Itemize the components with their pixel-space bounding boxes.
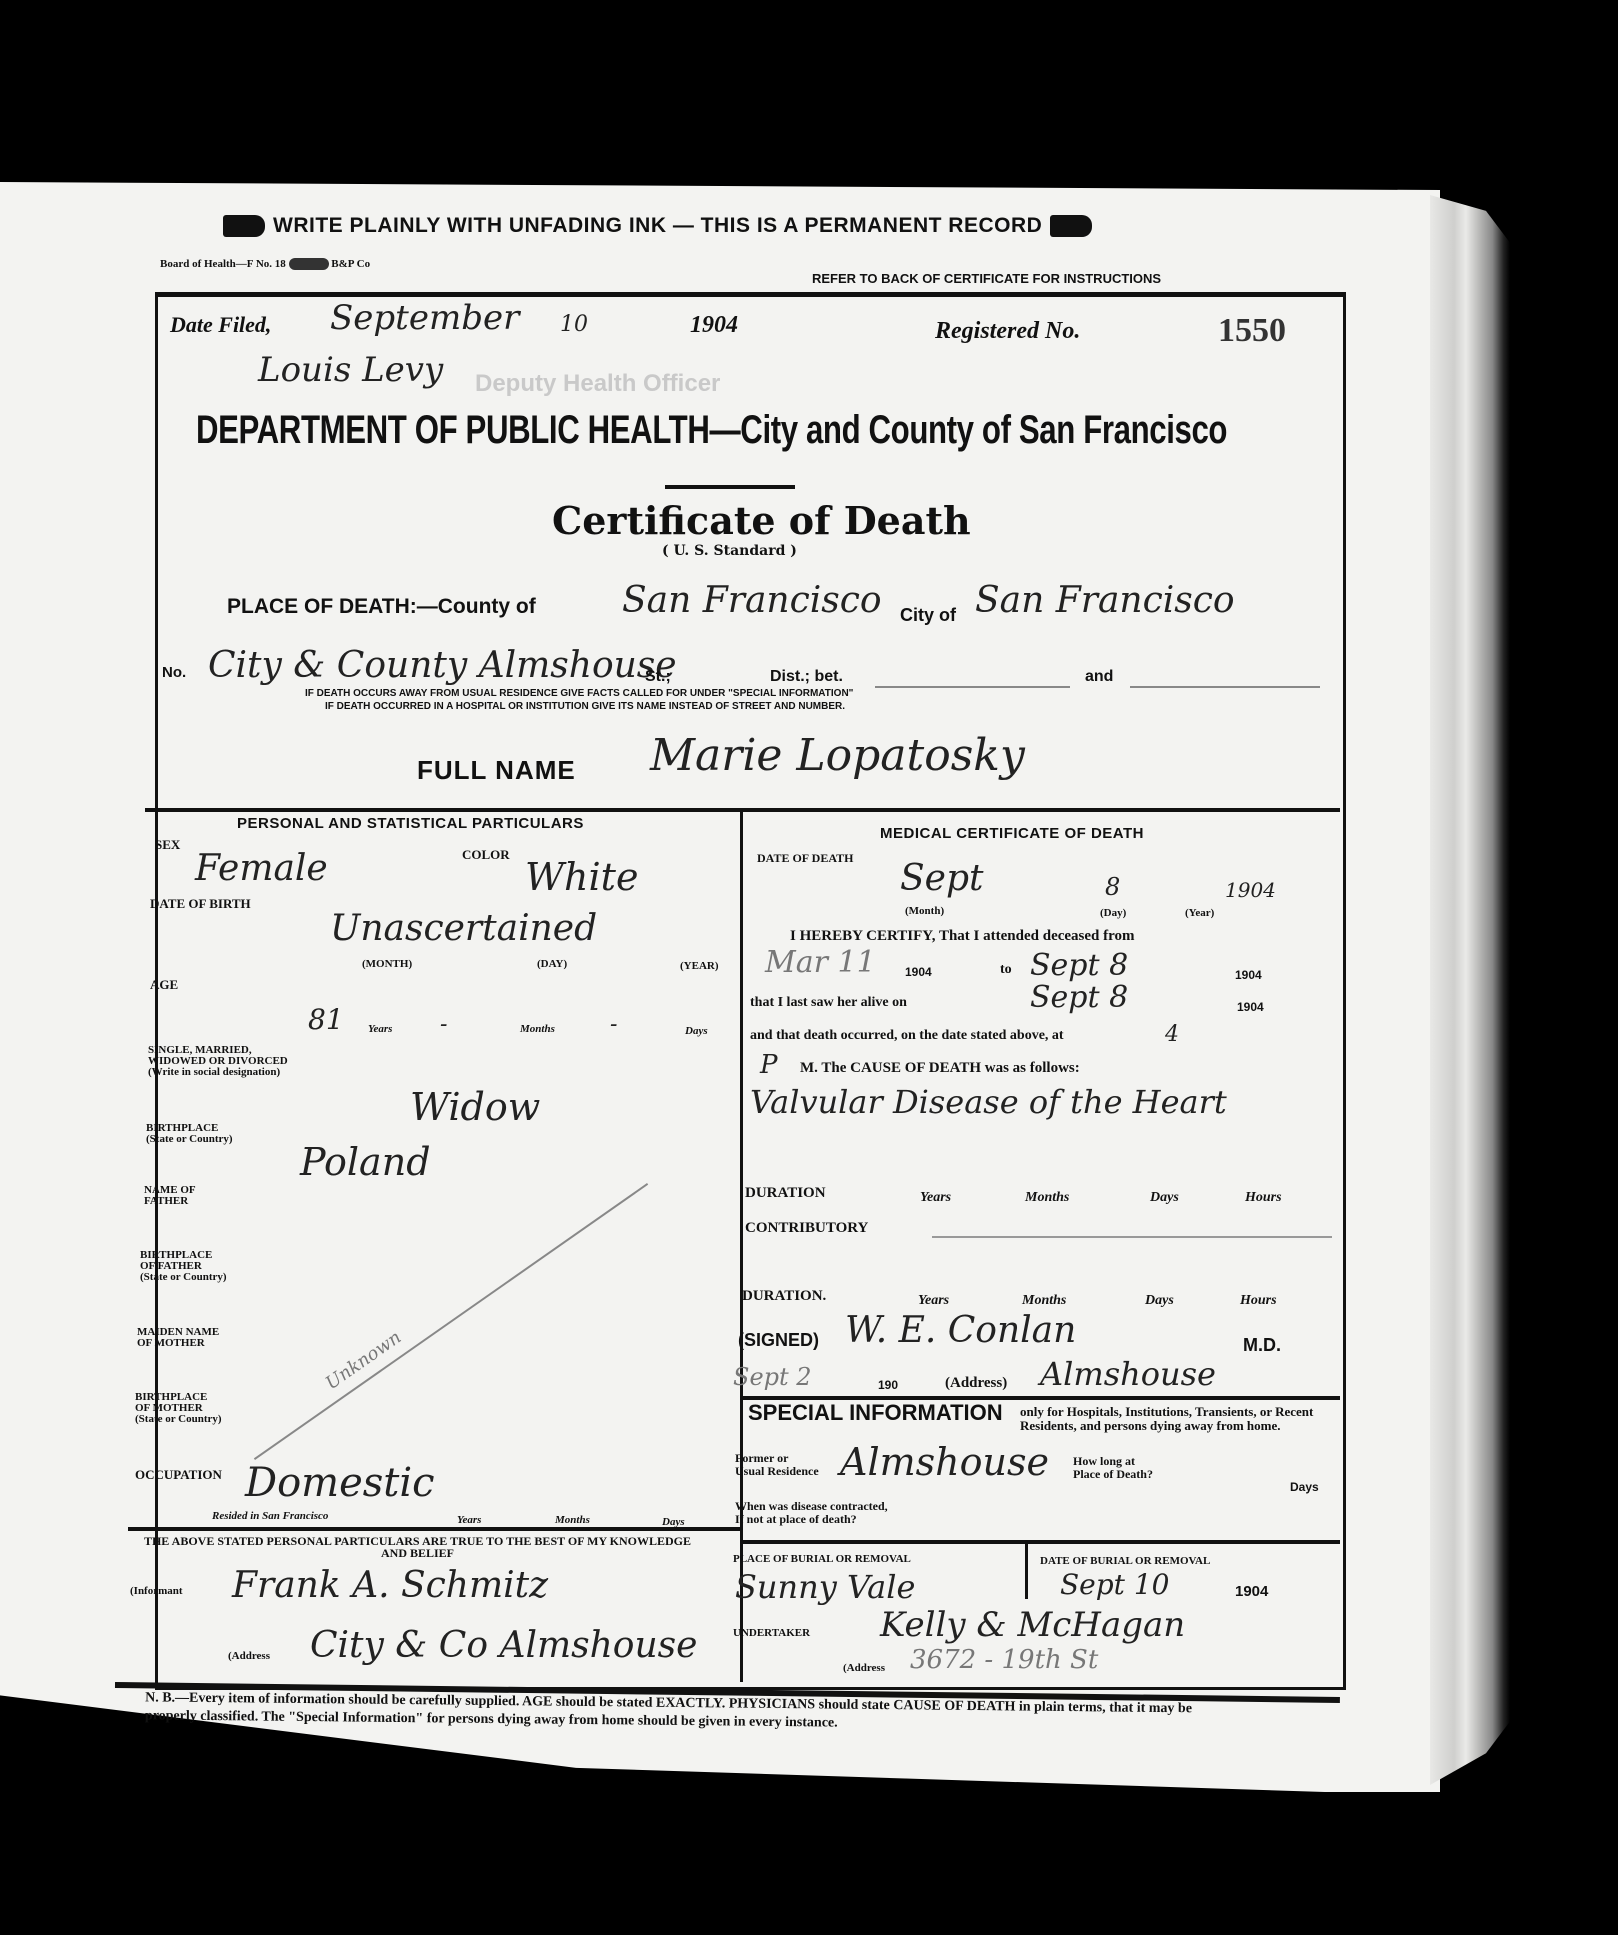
death-hour-value: 4 [1165, 1022, 1179, 1047]
duration2-label: DURATION. [742, 1290, 826, 1303]
medical-heading: MEDICAL CERTIFICATE OF DEATH [880, 825, 1144, 842]
county-value: San Francisco [622, 580, 882, 621]
mother-birthplace-label: BIRTHPLACEOF MOTHER(State or Country) [135, 1392, 222, 1425]
last-saw-year: 1904 [1237, 1000, 1264, 1014]
to-label: to [1000, 962, 1012, 978]
mother-maiden-name-label: MAIDEN NAMEOF MOTHER [137, 1327, 219, 1349]
age-months-value: - [440, 1012, 447, 1037]
contributory-line [932, 1236, 1332, 1238]
duration2-months-unit: Months [1022, 1293, 1066, 1309]
health-officer-title: Deputy Health Officer [475, 370, 720, 398]
sex-label: SEX [155, 838, 180, 851]
street-label: St.; [645, 668, 671, 686]
resided-label: Resided in San Francisco [212, 1510, 328, 1522]
form-id: Board of Health—F No. 18 B&P Co [160, 258, 370, 270]
former-residence-value: Almshouse [840, 1440, 1049, 1484]
sex-value: Female [195, 848, 328, 889]
attended-to-value: Sept 8 [1030, 948, 1128, 983]
and-label: and [1085, 668, 1113, 686]
place-of-death-label: PLACE OF DEATH:—County of [227, 595, 536, 619]
title-divider [665, 485, 795, 489]
attended-from-value: Mar 11 [765, 945, 876, 980]
occupation-value: Domestic [245, 1460, 435, 1506]
duration-years-unit: Years [920, 1190, 951, 1206]
duration-days-unit: Days [1150, 1190, 1179, 1206]
last-saw-value: Sept 8 [1030, 980, 1128, 1015]
health-officer-signature: Louis Levy [258, 350, 443, 390]
duration2-days-unit: Days [1145, 1293, 1174, 1309]
dob-day-unit: (Day) [537, 958, 567, 971]
permanent-record-banner: WRITE PLAINLY WITH UNFADING INK — THIS I… [215, 214, 1100, 238]
marital-value: Widow [410, 1085, 540, 1129]
cause-label: M. The CAUSE OF DEATH was as follows: [800, 1060, 1080, 1077]
resided-months-unit: Months [555, 1514, 590, 1526]
column-divider [740, 812, 743, 1682]
full-name-label: FULL NAME [417, 755, 576, 786]
age-months-unit: Months [520, 1023, 555, 1035]
full-name-value: Marie Lopatosky [650, 730, 1025, 781]
father-name-label: NAME OFFATHER [144, 1185, 196, 1207]
informant-address-value: City & Co Almshouse [310, 1625, 697, 1666]
informant-address-label: (Address [228, 1650, 270, 1663]
and-line [1130, 686, 1320, 688]
book-page-edges [1430, 195, 1510, 1785]
date-filed-year: 1904 [690, 312, 738, 339]
duration2-hours-unit: Hours [1240, 1293, 1277, 1309]
color-value: White [525, 855, 638, 899]
age-days-unit: Days [685, 1025, 708, 1037]
registered-no-label: Registered No. [935, 318, 1080, 345]
pointing-hand-icon [1050, 215, 1092, 237]
cause-of-death-value: Valvular Disease of the Heart [750, 1083, 1227, 1121]
meridiem-value: P [760, 1050, 778, 1080]
marital-label: SINGLE, MARRIED,WIDOWED OR DIVORCED(Writ… [148, 1045, 288, 1078]
undertaker-label: UNDERTAKER [733, 1627, 810, 1640]
physician-address-value: Almshouse [1040, 1355, 1216, 1393]
date-filed-day: 10 [560, 312, 588, 337]
color-label: COLOR [462, 848, 510, 861]
attended-from-year: 1904 [905, 965, 932, 979]
death-day-value: 8 [1105, 873, 1120, 901]
father-birthplace-label: BIRTHPLACEOF FATHER(State or Country) [140, 1250, 227, 1283]
certificate-subtitle: ( U. S. Standard ) [662, 543, 797, 559]
special-heading-note: only for Hospitals, Institutions, Transi… [1020, 1405, 1335, 1433]
birthplace-label: BIRTHPLACE(State or Country) [146, 1123, 233, 1145]
contributory-label: CONTRIBUTORY [745, 1222, 868, 1235]
personal-heading: PERSONAL AND STATISTICAL PARTICULARS [237, 815, 584, 832]
burial-place-value: Sunny Vale [735, 1568, 915, 1606]
registered-number: 1550 [1218, 312, 1286, 350]
dob-year-unit: (Year) [680, 960, 719, 973]
attended-to-year: 1904 [1235, 968, 1262, 982]
birthplace-value: Poland [300, 1140, 431, 1184]
institution-note: IF DEATH OCCURRED IN A HOSPITAL OR INSTI… [325, 701, 845, 712]
certificate-title: Certificate of Death [552, 498, 971, 543]
burial-column-divider [1025, 1544, 1028, 1599]
undertaker-address-label: (Address [843, 1662, 885, 1675]
signed-label: (SIGNED) [738, 1330, 819, 1351]
md-label: M.D. [1243, 1335, 1281, 1356]
death-year-value: 1904 [1225, 878, 1276, 902]
usual-residence-note: IF DEATH OCCURS AWAY FROM USUAL RESIDENC… [305, 688, 853, 699]
duration-label: DURATION [745, 1187, 826, 1200]
how-long-label: How long atPlace of Death? [1073, 1455, 1153, 1481]
district-label: Dist.; bet. [770, 668, 843, 686]
undertaker-address-value: 3672 - 19th St [910, 1645, 1098, 1675]
special-heading: SPECIAL INFORMATION [748, 1400, 1003, 1426]
death-month-value: Sept [900, 858, 983, 899]
duration-hours-unit: Hours [1245, 1190, 1282, 1206]
death-occurred-text: and that death occurred, on the date sta… [750, 1028, 1064, 1044]
undertaker-value: Kelly & McHagan [880, 1605, 1185, 1645]
occupation-label: OCCUPATION [135, 1468, 222, 1481]
date-filed-month: September [330, 298, 519, 338]
institution-value: City & County Almshouse [208, 645, 677, 686]
dob-month-unit: (Month) [362, 958, 412, 971]
last-saw-text: that I last saw her alive on [750, 995, 907, 1011]
dob-label: DATE OF BIRTH [150, 897, 251, 910]
city-label: City of [900, 605, 956, 626]
age-label: AGE [150, 978, 178, 991]
age-years-unit: Years [368, 1023, 392, 1035]
duration-months-unit: Months [1025, 1190, 1069, 1206]
age-days-value: - [610, 1012, 617, 1037]
resided-years-unit: Years [457, 1514, 481, 1526]
instructions-reference: REFER TO BACK OF CERTIFICATE FOR INSTRUC… [812, 271, 1161, 286]
informant-divider [128, 1527, 740, 1531]
physician-signature: W. E. Conlan [845, 1310, 1076, 1351]
death-month-unit: (Month) [905, 905, 944, 918]
city-value: San Francisco [975, 580, 1235, 621]
informant-value: Frank A. Schmitz [232, 1565, 548, 1606]
burial-year-value: 1904 [1235, 1583, 1268, 1600]
age-years-value: 81 [308, 1003, 344, 1036]
certify-text: I HEREBY CERTIFY, That I attended deceas… [790, 928, 1135, 945]
informant-label: (Informant [130, 1585, 183, 1598]
burial-date-value: Sept 10 [1060, 1568, 1169, 1601]
death-year-unit: (Year) [1185, 907, 1214, 920]
signed-date-value: Sept 2 [733, 1363, 812, 1391]
signed-year: 190 [878, 1378, 898, 1392]
physician-address-label: (Address) [945, 1375, 1007, 1392]
how-long-unit: Days [1290, 1480, 1319, 1494]
department-title: DEPARTMENT OF PUBLIC HEALTH—City and Cou… [196, 408, 1227, 453]
burial-place-label: PLACE OF BURIAL OR REMOVAL [733, 1553, 911, 1566]
duration2-years-unit: Years [918, 1293, 949, 1309]
dob-value: Unascertained [330, 908, 597, 949]
seal-icon [289, 258, 329, 270]
date-filed-label: Date Filed, [170, 312, 271, 338]
former-residence-label: Former orUsual Residence [735, 1452, 819, 1478]
death-day-unit: (Day) [1100, 907, 1126, 920]
pointing-hand-icon [223, 215, 265, 237]
burial-divider [740, 1540, 1340, 1544]
contracted-label: When was disease contracted,If not at pl… [735, 1500, 888, 1526]
date-of-death-label: DATE OF DEATH [757, 852, 853, 865]
district-line [875, 686, 1070, 688]
informant-statement: THE ABOVE STATED PERSONAL PARTICULARS AR… [130, 1535, 705, 1559]
burial-date-label: DATE of BURIAL or REMOVAL [1040, 1555, 1210, 1568]
street-no-label: No. [162, 664, 186, 681]
